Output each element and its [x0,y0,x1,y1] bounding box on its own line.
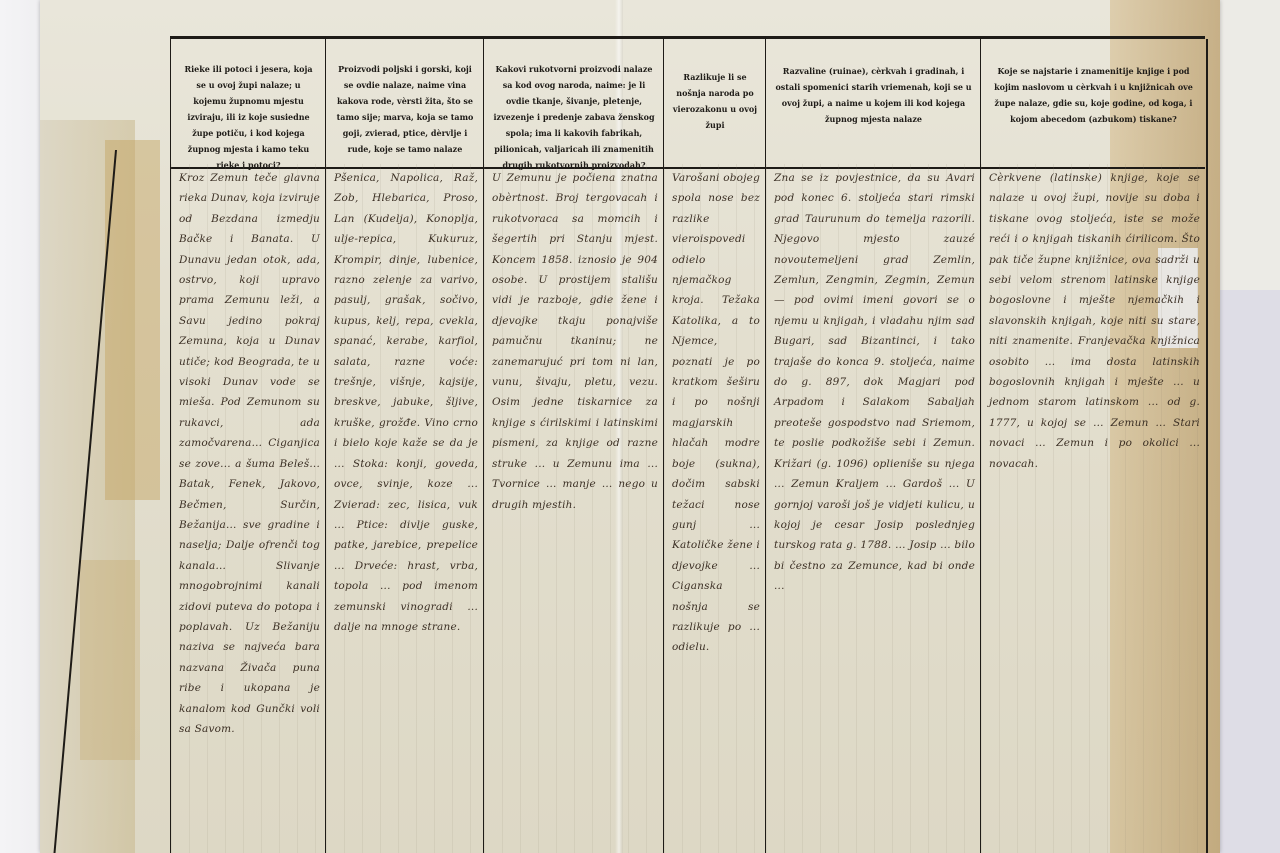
handwritten-costume: Varošani obojeg spola nose bez razlike v… [664,164,766,658]
body-col-handicrafts: U Zemunu je počiena znatna obèrtnost. Br… [483,164,664,853]
body-col-rivers: Kroz Zemun teče glavna rieka Dunav, koja… [170,164,326,853]
header-col-products: Proizvodi poljski i gorski, koji se ovdi… [325,39,484,167]
body-col-books: Cèrkvene (latinske) knjige, koje se nala… [980,164,1208,853]
header-products-text: Proizvodi poljski i gorski, koji se ovdi… [326,39,484,157]
handwritten-books: Cèrkvene (latinske) knjige, koje se nala… [981,164,1206,474]
questionnaire-table: Rieke ili potoci i jesera, koja se u ovo… [135,22,1205,853]
header-books-text: Koje se najstarie i znamenitije knjige i… [981,39,1206,127]
header-col-costume: Razlikuje li se nošnja naroda po vieroza… [663,39,766,167]
header-col-books: Koje se najstarie i znamenitije knjige i… [980,39,1208,167]
body-col-products: Pšenica, Napolica, Raž, Zob, Hlebarica, … [325,164,484,853]
header-col-rivers: Rieke ili potoci i jesera, koja se u ovo… [170,39,326,167]
header-ruins-text: Razvaline (ruinae), cèrkvah i gradinah, … [766,39,981,127]
body-col-costume: Varošani obojeg spola nose bez razlike v… [663,164,766,853]
stain-left-lower [80,560,140,760]
document-sheet: Rieke ili potoci i jesera, koja se u ovo… [40,0,1220,853]
header-handicrafts-text: Kakovi rukotvorni proizvodi nalaze sa ko… [484,39,664,173]
handwritten-ruins: Zna se iz povjestnice, da su Avari pod k… [766,164,981,597]
header-col-handicrafts: Kakovi rukotvorni proizvodi nalaze sa ko… [483,39,664,167]
handwritten-rivers: Kroz Zemun teče glavna rieka Dunav, koja… [171,164,326,739]
header-col-ruins: Razvaline (ruinae), cèrkvah i gradinah, … [765,39,981,167]
header-rivers-text: Rieke ili potoci i jesera, koja se u ovo… [171,39,326,173]
body-row: Kroz Zemun teče glavna rieka Dunav, koja… [170,164,1205,853]
header-row: Rieke ili potoci i jesera, koja se u ovo… [170,36,1205,169]
handwritten-handicrafts: U Zemunu je počiena znatna obèrtnost. Br… [484,164,664,515]
body-col-ruins: Zna se iz povjestnice, da su Avari pod k… [765,164,981,853]
header-costume-text: Razlikuje li se nošnja naroda po vieroza… [664,39,766,133]
handwritten-products: Pšenica, Napolica, Raž, Zob, Hlebarica, … [326,164,484,637]
